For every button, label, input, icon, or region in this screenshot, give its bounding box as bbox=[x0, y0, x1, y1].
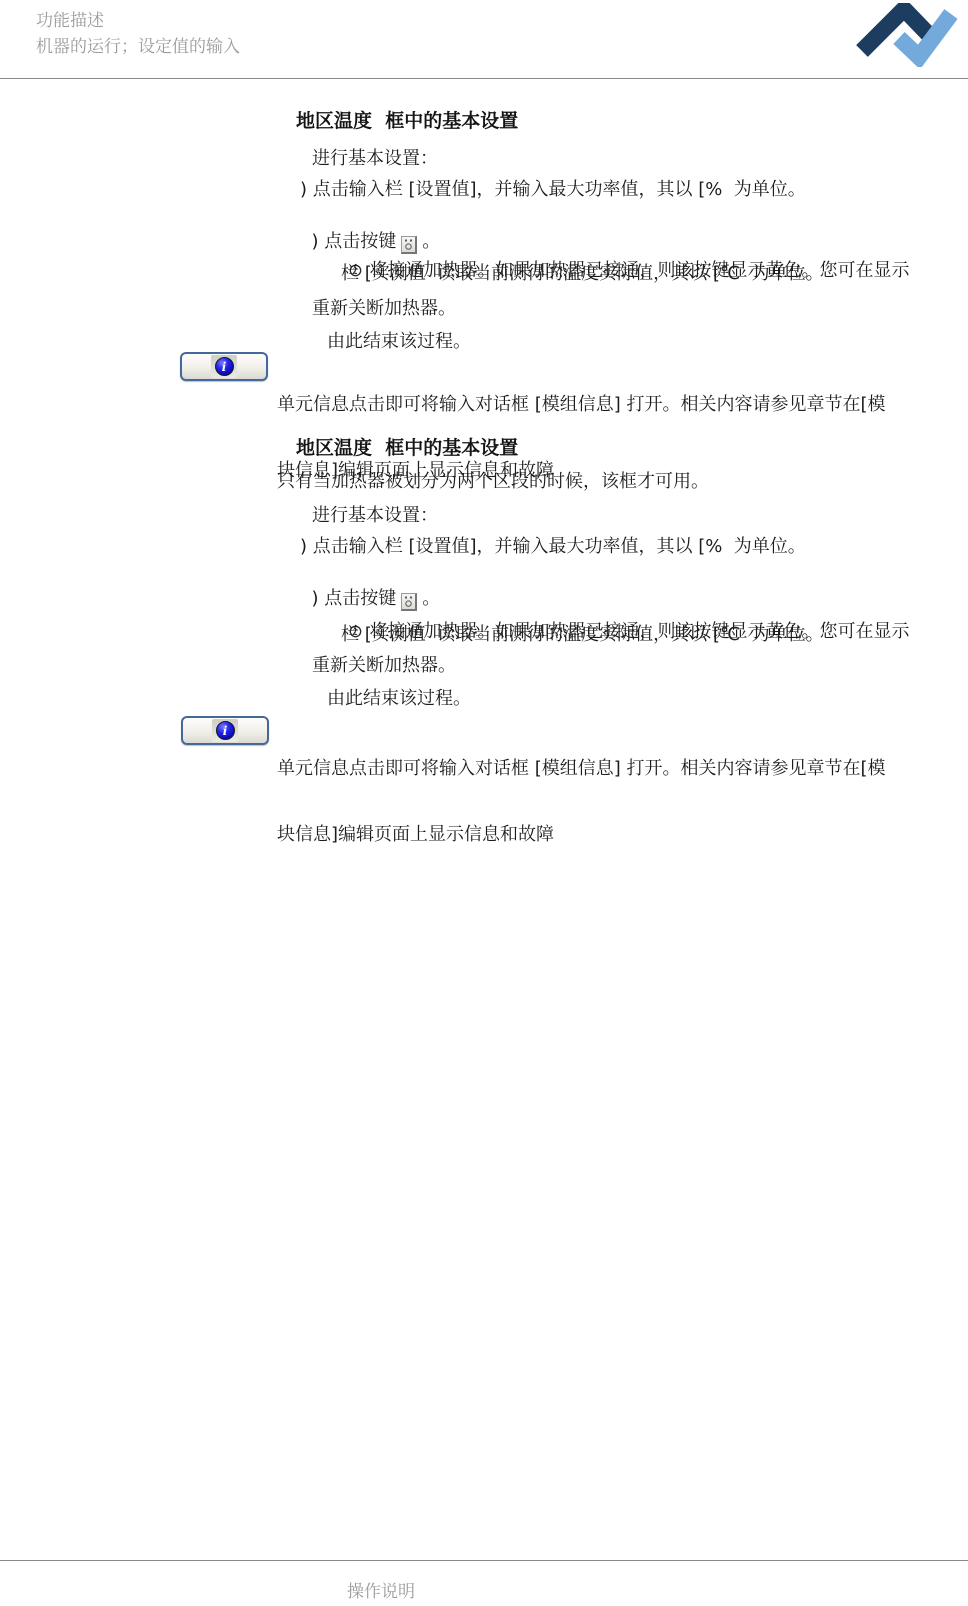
info-line-2: 块信息]编辑页面上显示信息和故障 bbox=[277, 824, 886, 846]
response-line-2: 栏 [实测值 读取当前测得的温度实际值，其以 [℃ 为单位。 bbox=[341, 259, 824, 285]
setup-label: 进行基本设置： bbox=[312, 144, 438, 170]
section-heading: 地区温度 框中的基本设置 bbox=[296, 433, 518, 460]
step-input-line: ) 点击输入栏 [设置值]，并输入最大功率值，其以 [% 为单位。 bbox=[300, 532, 806, 558]
footer-divider bbox=[0, 1560, 968, 1561]
setup-label: 进行基本设置： bbox=[312, 501, 438, 527]
info-icon: i bbox=[216, 721, 235, 740]
info-icon: i bbox=[215, 357, 234, 376]
page-header: 功能描述 机器的运行；设定值的输入 bbox=[0, 0, 968, 79]
response-line-2: 栏 [实测值 读取当前测得的温度实际值，其以 [℃ 为单位。 bbox=[341, 620, 824, 646]
brand-logo-icon bbox=[840, 3, 965, 67]
info-button-well: i bbox=[212, 719, 238, 742]
step-input-line: ) 点击输入栏 [设置值]，并输入最大功率值，其以 [% 为单位。 bbox=[300, 175, 806, 201]
switch-off-line: 重新关断加热器。 bbox=[312, 294, 456, 320]
header-topic-line: 机器的运行；设定值的输入 bbox=[36, 34, 240, 60]
header-context-line: 功能描述 bbox=[36, 8, 104, 34]
section-heading: 地区温度 框中的基本设置 bbox=[296, 106, 518, 133]
info-line-1: 单元信息点击即可将输入对话框 [模组信息] 打开。相关内容请参见章节在[模 bbox=[277, 394, 886, 416]
availability-note: 只有当加热器被划分为两个区段的时候，该框才可用。 bbox=[277, 467, 709, 493]
unit-info-button: i bbox=[180, 352, 268, 381]
info-paragraph: 单元信息点击即可将输入对话框 [模组信息] 打开。相关内容请参见章节在[模 块信… bbox=[277, 714, 886, 868]
footer-label: 操作说明 bbox=[347, 1577, 415, 1602]
unit-info-button: i bbox=[181, 716, 269, 745]
end-line: 由此结束该过程。 bbox=[327, 684, 471, 710]
info-button-well: i bbox=[211, 355, 237, 378]
switch-off-line: 重新关断加热器。 bbox=[312, 651, 456, 677]
info-line-1: 单元信息点击即可将输入对话框 [模组信息] 打开。相关内容请参见章节在[模 bbox=[277, 758, 886, 780]
